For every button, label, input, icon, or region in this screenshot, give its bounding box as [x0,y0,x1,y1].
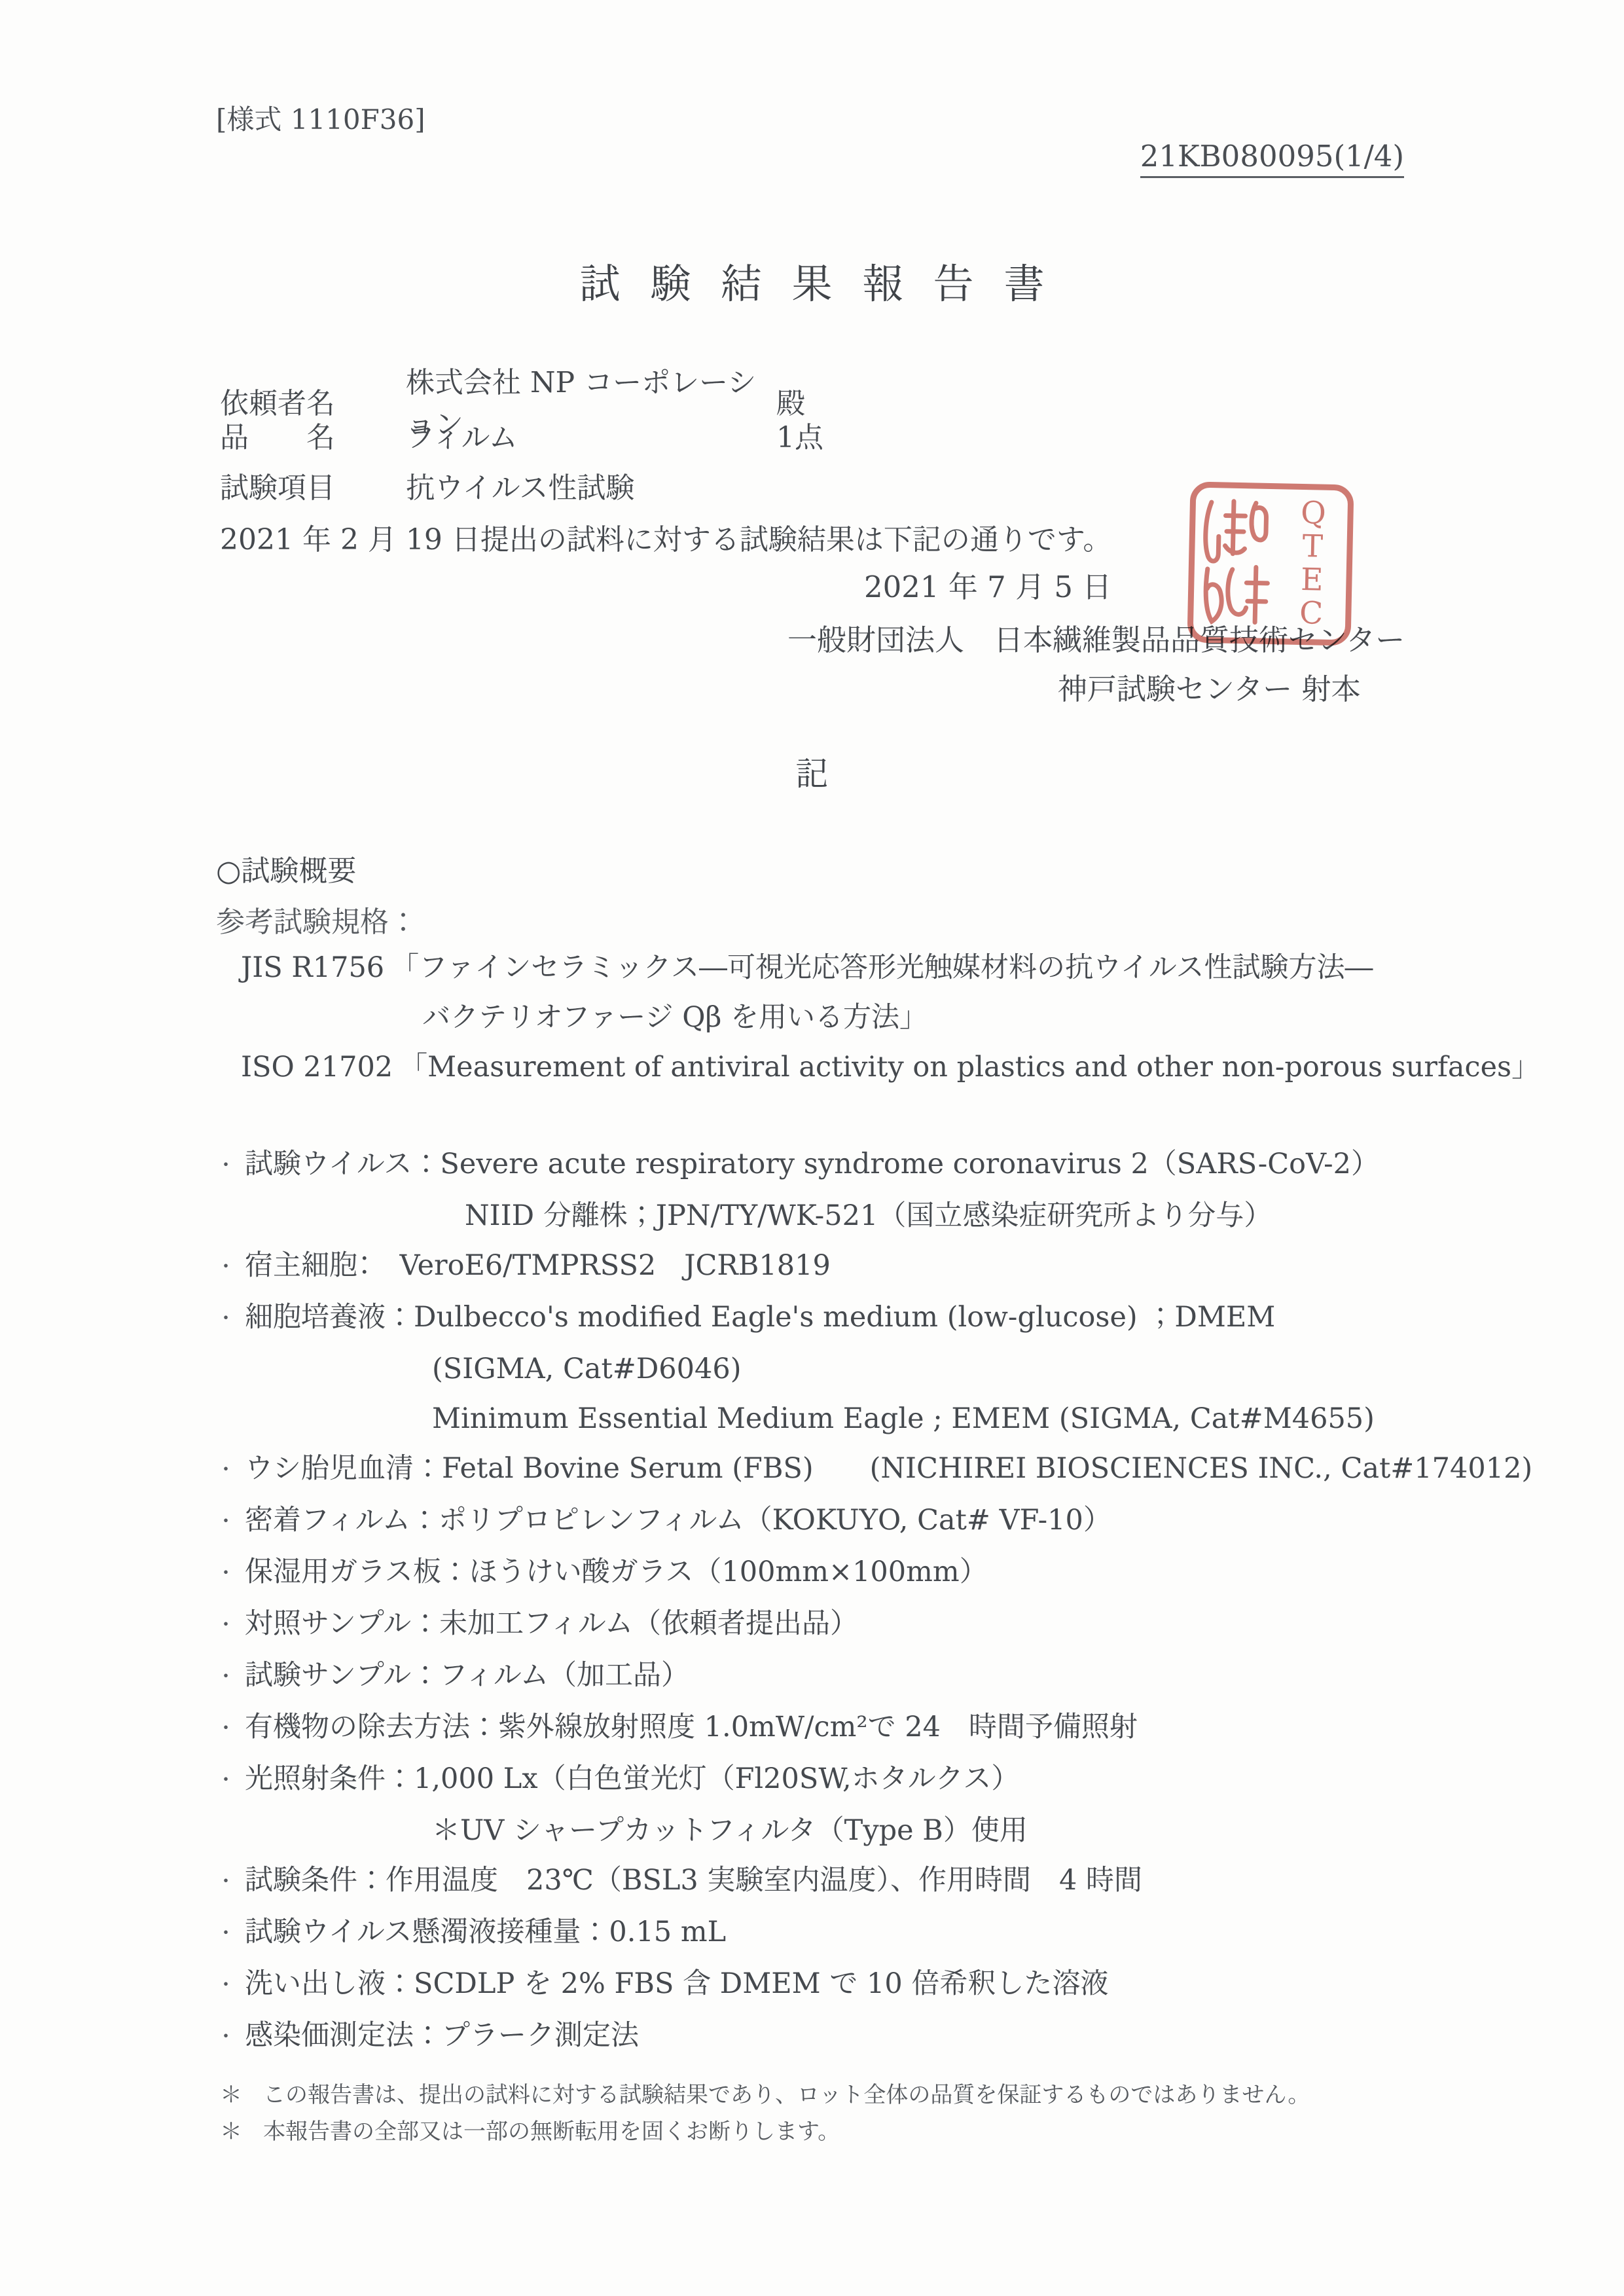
issuer-branch-signature: 神戸試験センター 射本 [1058,665,1361,708]
standard-jis: JIS R1756「ファインセラミックス―可視光応答形光触媒材料の抗ウイルス性試… [216,943,1565,993]
field-value: フィルム [406,414,776,456]
footnotes: ＊ この報告書は、提出の試料に対する試験結果であり、ロット全体の品質を保証するも… [220,2077,1565,2150]
field-row-item-name: 品 名 フィルム 1点 [220,409,1428,460]
standards-list: JIS R1756「ファインセラミックス―可視光応答形光触媒材料の抗ウイルス性試… [216,943,1565,1092]
condition-text: 洗い出し液：SCDLP を 2% FBS 含 DMEM で 10 倍希釈した溶液 [245,1967,1108,2000]
bullet-marker: ・ [216,2026,236,2049]
field-label: 試験項目 [220,464,406,506]
bullet-marker: ・ [216,1717,236,1740]
bullet-marker: ・ [216,1870,236,1893]
condition-text: 有機物の除去方法：紫外線放射照度 1.0mW/cm²で 24 時間予備照射 [245,1711,1138,1743]
result-statement: 2021 年 2 月 19 日提出の試料に対する試験結果は下記の通りです。 [220,516,1111,558]
field-row-client: 依頼者名 株式会社 NP コーポレーション 殿 [220,359,1428,409]
bullet-marker: ・ [216,1510,236,1533]
condition-item: ・ウシ胎児血清：Fetal Bovine Serum (FBS) (NICHIR… [216,1444,1585,1495]
condition-text: 試験ウイルス懸濁液接種量：0.15 mL [245,1916,726,1948]
bullet-marker: ・ [216,1769,236,1792]
condition-continuation: ＊UV シャープカットフィルタ（Type B）使用 [216,1806,1585,1855]
condition-text: 光照射条件：1,000 Lx（白色蛍光灯（Fl20SW,ホタルクス） [245,1762,1019,1795]
footnote-text: この報告書は、提出の試料に対する試験結果であり、ロット全体の品質を保証するもので… [263,2077,1310,2113]
bullet-marker: ・ [216,1614,236,1637]
condition-item: ・洗い出し液：SCDLP を 2% FBS 含 DMEM で 10 倍希釈した溶… [216,1959,1585,2011]
condition-item: ・試験ウイルス懸濁液接種量：0.15 mL [216,1907,1585,1959]
seal-script-glyphs-icon [1197,493,1284,634]
field-label: 品 名 [220,414,406,456]
field-value: 抗ウイルス性試験 [406,464,776,506]
condition-text: 感染価測定法：プラーク測定法 [245,2019,639,2052]
condition-item: ・試験条件：作用温度 23℃（BSL3 実験室内温度）、作用時間 4 時間 [216,1855,1585,1907]
ki-marker: 記 [0,748,1624,795]
standard-code: JIS R1756 [241,951,384,984]
condition-item: ・光照射条件：1,000 Lx（白色蛍光灯（Fl20SW,ホタルクス） [216,1754,1585,1806]
condition-item: ・対照サンプル：未加工フィルム（依頼者提出品） [216,1599,1585,1650]
condition-item: ・感染価測定法：プラーク測定法 [216,2011,1585,2062]
condition-text: 対照サンプル：未加工フィルム（依頼者提出品） [245,1607,858,1640]
reference-standards-heading: 参考試験規格： [216,898,418,940]
form-code: [様式 1110F36] [216,98,425,137]
condition-item: ・細胞培養液：Dulbecco's modified Eagle's mediu… [216,1292,1585,1344]
standard-text: 「Measurement of antiviral activity on pl… [399,1051,1540,1084]
bullet-marker: ・ [216,1562,236,1585]
footnote-item: ＊ 本報告書の全部又は一部の無断転用を固くお断りします。 [220,2113,1565,2150]
bullet-marker: ・ [216,1974,236,1997]
condition-text: 試験ウイルス：Severe acute respiratory syndrome… [245,1148,1379,1180]
condition-continuation: NIID 分離株；JPN/TY/WK-521（国立感染症研究所より分与） [216,1191,1585,1241]
bullet-marker: ・ [216,1666,236,1688]
footnote-text: 本報告書の全部又は一部の無断転用を固くお断りします。 [263,2113,840,2150]
condition-text: 試験サンプル：フィルム（加工品） [245,1659,689,1692]
report-number: 21KB080095(1/4) [1140,139,1404,178]
condition-item: ・保湿用ガラス板：ほうけい酸ガラス（100mm×100mm） [216,1547,1585,1599]
condition-text: 宿主細胞： VeroE6/TMPRSS2 JCRB1819 [245,1249,831,1282]
overview-heading: ○試験概要 [216,847,356,889]
bullet-marker: ・ [216,1256,236,1279]
footnote-marker: ＊ [220,2113,263,2150]
condition-text: 密着フィルム：ポリプロピレンフィルム（KOKUYO, Cat# VF-10） [245,1504,1111,1537]
standard-jis-continuation: バクテリオファージ Qβ を用いる方法」 [216,993,1565,1042]
condition-item: ・密着フィルム：ポリプロピレンフィルム（KOKUYO, Cat# VF-10） [216,1495,1585,1547]
field-suffix: 1点 [776,414,1428,456]
condition-text: 細胞培養液：Dulbecco's modified Eagle's medium… [245,1301,1275,1334]
footnote-marker: ＊ [220,2077,263,2113]
condition-item: ・宿主細胞： VeroE6/TMPRSS2 JCRB1819 [216,1241,1585,1292]
bullet-marker: ・ [216,1922,236,1945]
condition-continuation: (SIGMA, Cat#D6046) [216,1344,1585,1394]
bullet-marker: ・ [216,1154,236,1177]
bullet-marker: ・ [216,1307,236,1330]
footnote-item: ＊ この報告書は、提出の試料に対する試験結果であり、ロット全体の品質を保証するも… [220,2077,1565,2113]
condition-text: ウシ胎児血清：Fetal Bovine Serum (FBS) (NICHIRE… [245,1452,1532,1485]
condition-continuation: Minimum Essential Medium Eagle ; EMEM (S… [216,1394,1585,1444]
page-title: 試験結果報告書 [30,251,1624,310]
stamp-qtec-letters: Q T E C [1280,496,1344,634]
conditions-list: ・試験ウイルス：Severe acute respiratory syndrom… [216,1139,1585,2062]
qtec-seal-stamp: Q T E C [1187,481,1354,646]
condition-item: ・試験ウイルス：Severe acute respiratory syndrom… [216,1139,1585,1191]
report-page: [様式 1110F36] 21KB080095(1/4) 試験結果報告書 依頼者… [0,0,1624,2296]
issue-date: 2021 年 7 月 5 日 [864,563,1111,606]
condition-item: ・試験サンプル：フィルム（加工品） [216,1650,1585,1702]
condition-text: 試験条件：作用温度 23℃（BSL3 実験室内温度）、作用時間 4 時間 [245,1864,1142,1897]
condition-item: ・有機物の除去方法：紫外線放射照度 1.0mW/cm²で 24 時間予備照射 [216,1702,1585,1754]
standard-iso: ISO 21702「Measurement of antiviral activ… [216,1042,1565,1092]
condition-text: 保湿用ガラス板：ほうけい酸ガラス（100mm×100mm） [245,1556,988,1588]
standard-code: ISO 21702 [241,1051,393,1084]
bullet-marker: ・ [216,1459,236,1482]
standard-text: 「ファインセラミックス―可視光応答形光触媒材料の抗ウイルス性試験方法― [391,951,1373,984]
